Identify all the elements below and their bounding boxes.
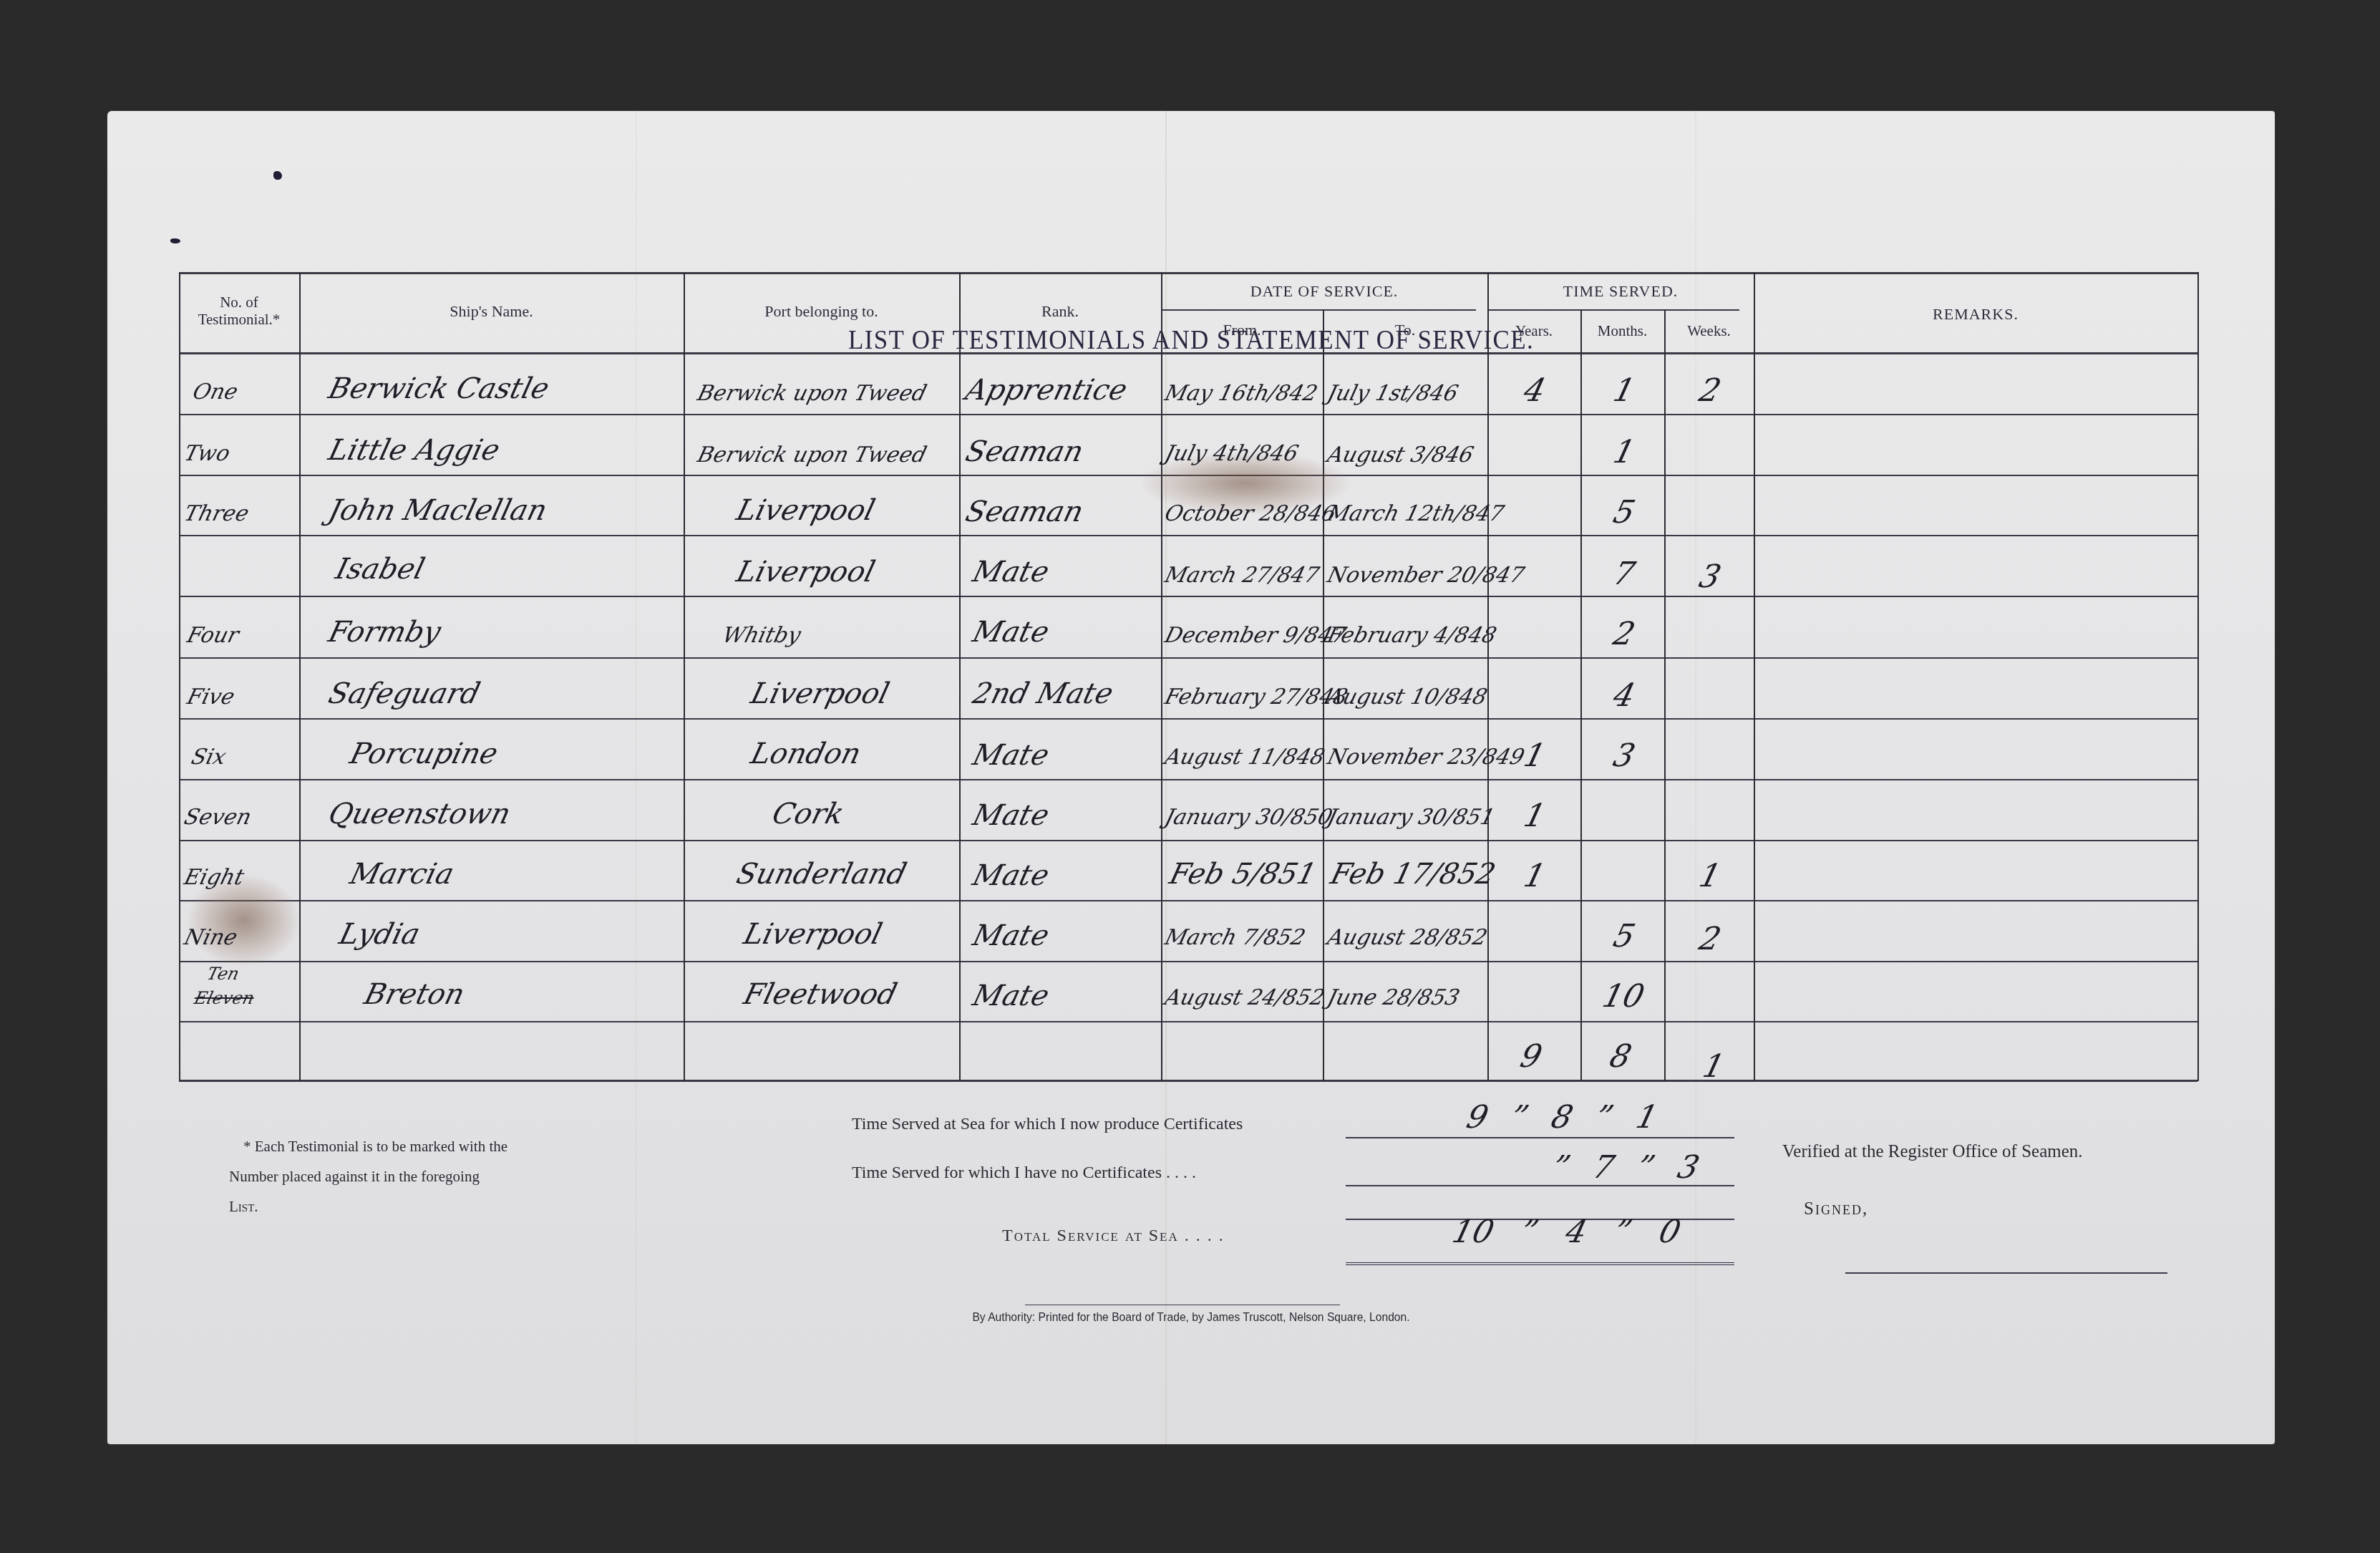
- cell-from: May 16th/842: [1162, 381, 1321, 406]
- cell-months: 1: [1610, 434, 1639, 470]
- header-months: Months.: [1580, 322, 1664, 339]
- cell-years: 1: [1520, 858, 1550, 894]
- cell-no-struck: Eleven: [193, 988, 257, 1008]
- cell-ship: Lydia: [336, 918, 423, 951]
- ink-speck: [170, 238, 180, 243]
- cell-rank: Mate: [969, 556, 1052, 589]
- table-top-rule: [179, 272, 2197, 274]
- row-rule: [179, 1021, 2197, 1022]
- cell-months: 4: [1610, 677, 1639, 714]
- cell-ship: Marcia: [346, 858, 457, 891]
- cell-no: Six: [189, 745, 229, 770]
- cell-port: Fleetwood: [740, 978, 900, 1011]
- cell-to: March 12th/847: [1325, 501, 1507, 526]
- total-months: 8: [1606, 1038, 1636, 1075]
- col-rule: [1664, 309, 1666, 1081]
- cell-rank: Mate: [969, 616, 1052, 649]
- row-rule: [179, 900, 2197, 901]
- header-ships-name: Ship's Name.: [299, 302, 684, 320]
- cell-years: 4: [1520, 372, 1550, 409]
- cell-port: Berwick upon Tweed: [695, 381, 929, 406]
- cell-from: March 27/847: [1162, 563, 1322, 588]
- cell-ship: Formby: [325, 616, 444, 649]
- header-to: To.: [1323, 321, 1487, 339]
- certified-time-value: 9 ” 8 ” 1: [1463, 1099, 1662, 1136]
- cell-years: 1: [1520, 798, 1550, 834]
- cell-rank: Mate: [969, 859, 1052, 892]
- col-rule: [684, 272, 685, 1081]
- row-rule: [179, 961, 2197, 962]
- cell-to: November 20/847: [1325, 563, 1527, 588]
- cell-port: Whitby: [720, 623, 804, 648]
- cell-rank: Seaman: [962, 495, 1087, 528]
- date-subheader-rule: [1161, 309, 1476, 311]
- cell-from: October 28/846: [1162, 501, 1339, 526]
- cell-to: July 1st/846: [1325, 381, 1461, 406]
- cell-months: 10: [1599, 978, 1648, 1015]
- cell-from: March 7/852: [1162, 925, 1308, 950]
- col-rule: [1754, 272, 1755, 1081]
- cell-no: One: [190, 379, 241, 405]
- cell-from: Feb 5/851: [1166, 858, 1319, 891]
- header-from: From.: [1161, 321, 1323, 339]
- cell-port: Berwick upon Tweed: [695, 442, 929, 468]
- uncertified-time-rule: [1346, 1185, 1734, 1186]
- signature-line: [1845, 1272, 2167, 1274]
- header-no-of-testimonial: No. of Testimonial.*: [179, 294, 299, 328]
- imprint-rule: [1025, 1305, 1340, 1305]
- cell-rank: Mate: [969, 979, 1052, 1012]
- cell-no: Seven: [182, 805, 254, 830]
- cell-port: Liverpool: [747, 677, 893, 710]
- cell-to: June 28/853: [1325, 985, 1462, 1010]
- certified-time-label: Time Served at Sea for which I now produ…: [852, 1115, 1243, 1134]
- cell-to: Feb 17/852: [1327, 858, 1499, 891]
- table-bottom-rule: [179, 1080, 2197, 1082]
- header-date-of-service: DATE OF SERVICE.: [1161, 282, 1487, 300]
- cell-to: August 28/852: [1325, 925, 1490, 950]
- cell-ship: John Maclellan: [325, 494, 550, 527]
- cell-ship: Berwick Castle: [325, 372, 553, 405]
- col-rule: [299, 272, 301, 1081]
- col-rule: [2197, 272, 2199, 1081]
- row-rule: [179, 535, 2197, 536]
- cell-port: London: [747, 737, 864, 770]
- total-service-value: 10 ” 4 ” 0: [1449, 1214, 1685, 1250]
- cell-months: 7: [1610, 556, 1639, 592]
- col-rule: [1487, 272, 1489, 1081]
- uncertified-time-label: Time Served for which I have no Certific…: [852, 1163, 1196, 1183]
- cell-port: Liverpool: [733, 494, 878, 527]
- footnote: * Each Testimonial is to be marked with …: [229, 1131, 594, 1221]
- cell-no: Two: [182, 441, 233, 466]
- total-double-rule: [1346, 1262, 1734, 1269]
- footnote-line: List.: [229, 1191, 594, 1221]
- cell-months: 2: [1610, 616, 1639, 652]
- cell-port: Sunderland: [733, 858, 910, 891]
- cell-weeks: 2: [1696, 372, 1725, 409]
- cell-to: November 23/849: [1325, 745, 1527, 770]
- cell-months: 5: [1610, 918, 1639, 954]
- header-time-served: TIME SERVED.: [1487, 282, 1754, 300]
- cell-no: Five: [185, 684, 238, 710]
- col-rule: [959, 272, 961, 1081]
- header-line: Testimonial.*: [179, 311, 299, 328]
- footnote-line: Number placed against it in the foregoin…: [229, 1161, 594, 1191]
- certified-time-rule: [1346, 1137, 1734, 1138]
- cell-port: Cork: [769, 798, 847, 831]
- cell-rank: Apprentice: [962, 374, 1130, 407]
- cell-ship: Little Aggie: [325, 434, 503, 467]
- cell-ship: Breton: [361, 978, 468, 1011]
- cell-to: August 10/848: [1325, 684, 1490, 710]
- cell-from: December 9/847: [1162, 623, 1349, 648]
- cell-no: Four: [185, 623, 242, 648]
- header-bottom-rule: [179, 352, 2197, 354]
- row-rule: [179, 718, 2197, 720]
- cell-rank: Seaman: [962, 435, 1087, 468]
- row-rule: [179, 779, 2197, 780]
- cell-years: 1: [1520, 737, 1550, 774]
- header-remarks: REMARKS.: [1754, 305, 2197, 323]
- verified-text: Verified at the Register Office of Seame…: [1782, 1142, 2083, 1162]
- row-rule: [179, 414, 2197, 415]
- row-rule: [179, 657, 2197, 659]
- cell-ship: Safeguard: [325, 677, 483, 710]
- cell-from: August 11/848: [1162, 745, 1328, 770]
- cell-from: July 4th/846: [1162, 441, 1301, 466]
- cell-rank: Mate: [969, 799, 1052, 832]
- cell-to: August 3/846: [1325, 442, 1477, 468]
- row-rule: [179, 596, 2197, 597]
- cell-no: Ten: [205, 964, 242, 984]
- cell-rank: Mate: [969, 919, 1052, 952]
- cell-no: Eight: [182, 865, 247, 890]
- time-subheader-rule: [1489, 309, 1739, 311]
- cell-port: Liverpool: [740, 918, 885, 951]
- cell-to: January 30/851: [1325, 805, 1498, 830]
- header-port: Port belonging to.: [684, 302, 959, 320]
- cell-from: August 24/852: [1162, 985, 1328, 1010]
- col-rule: [1580, 309, 1582, 1081]
- ink-speck: [273, 171, 282, 180]
- col-rule: [179, 272, 180, 1081]
- signed-label: Signed,: [1804, 1199, 1868, 1219]
- cell-from: February 27/848: [1162, 684, 1351, 710]
- cell-months: 5: [1610, 494, 1639, 531]
- header-years: Years.: [1487, 322, 1580, 339]
- printer-imprint: By Authority: Printed for the Board of T…: [194, 1310, 2188, 1325]
- cell-ship: Queenstown: [325, 798, 514, 831]
- cell-rank: 2nd Mate: [969, 677, 1117, 710]
- header-weeks: Weeks.: [1664, 322, 1754, 339]
- cell-weeks: 3: [1696, 558, 1725, 595]
- document-sheet: LIST OF TESTIMONIALS AND STATEMENT OF SE…: [107, 111, 2275, 1444]
- col-rule: [1161, 272, 1162, 1081]
- cell-ship: Isabel: [332, 553, 428, 586]
- cell-months: 1: [1610, 372, 1639, 409]
- cell-no: Three: [182, 501, 252, 526]
- footnote-line: * Each Testimonial is to be marked with …: [229, 1131, 594, 1161]
- cell-to: February 4/848: [1325, 623, 1500, 648]
- cell-port: Liverpool: [733, 556, 878, 589]
- cell-rank: Mate: [969, 739, 1052, 772]
- total-years: 9: [1517, 1038, 1546, 1075]
- cell-from: January 30/850: [1162, 805, 1336, 830]
- uncertified-time-value: ” 7 ” 3: [1549, 1149, 1704, 1186]
- header-rank: Rank.: [959, 302, 1161, 320]
- total-service-label: Total Service at Sea . . . .: [1002, 1227, 1225, 1246]
- row-rule: [179, 840, 2197, 841]
- cell-weeks: 2: [1696, 921, 1725, 957]
- testimonials-table: No. of Testimonial.* Ship's Name. Port b…: [179, 272, 2197, 1081]
- header-line: No. of: [179, 294, 299, 311]
- cell-months: 3: [1610, 737, 1639, 774]
- cell-weeks: 1: [1696, 858, 1725, 894]
- cell-no: Nine: [182, 925, 241, 950]
- cell-ship: Porcupine: [346, 737, 501, 770]
